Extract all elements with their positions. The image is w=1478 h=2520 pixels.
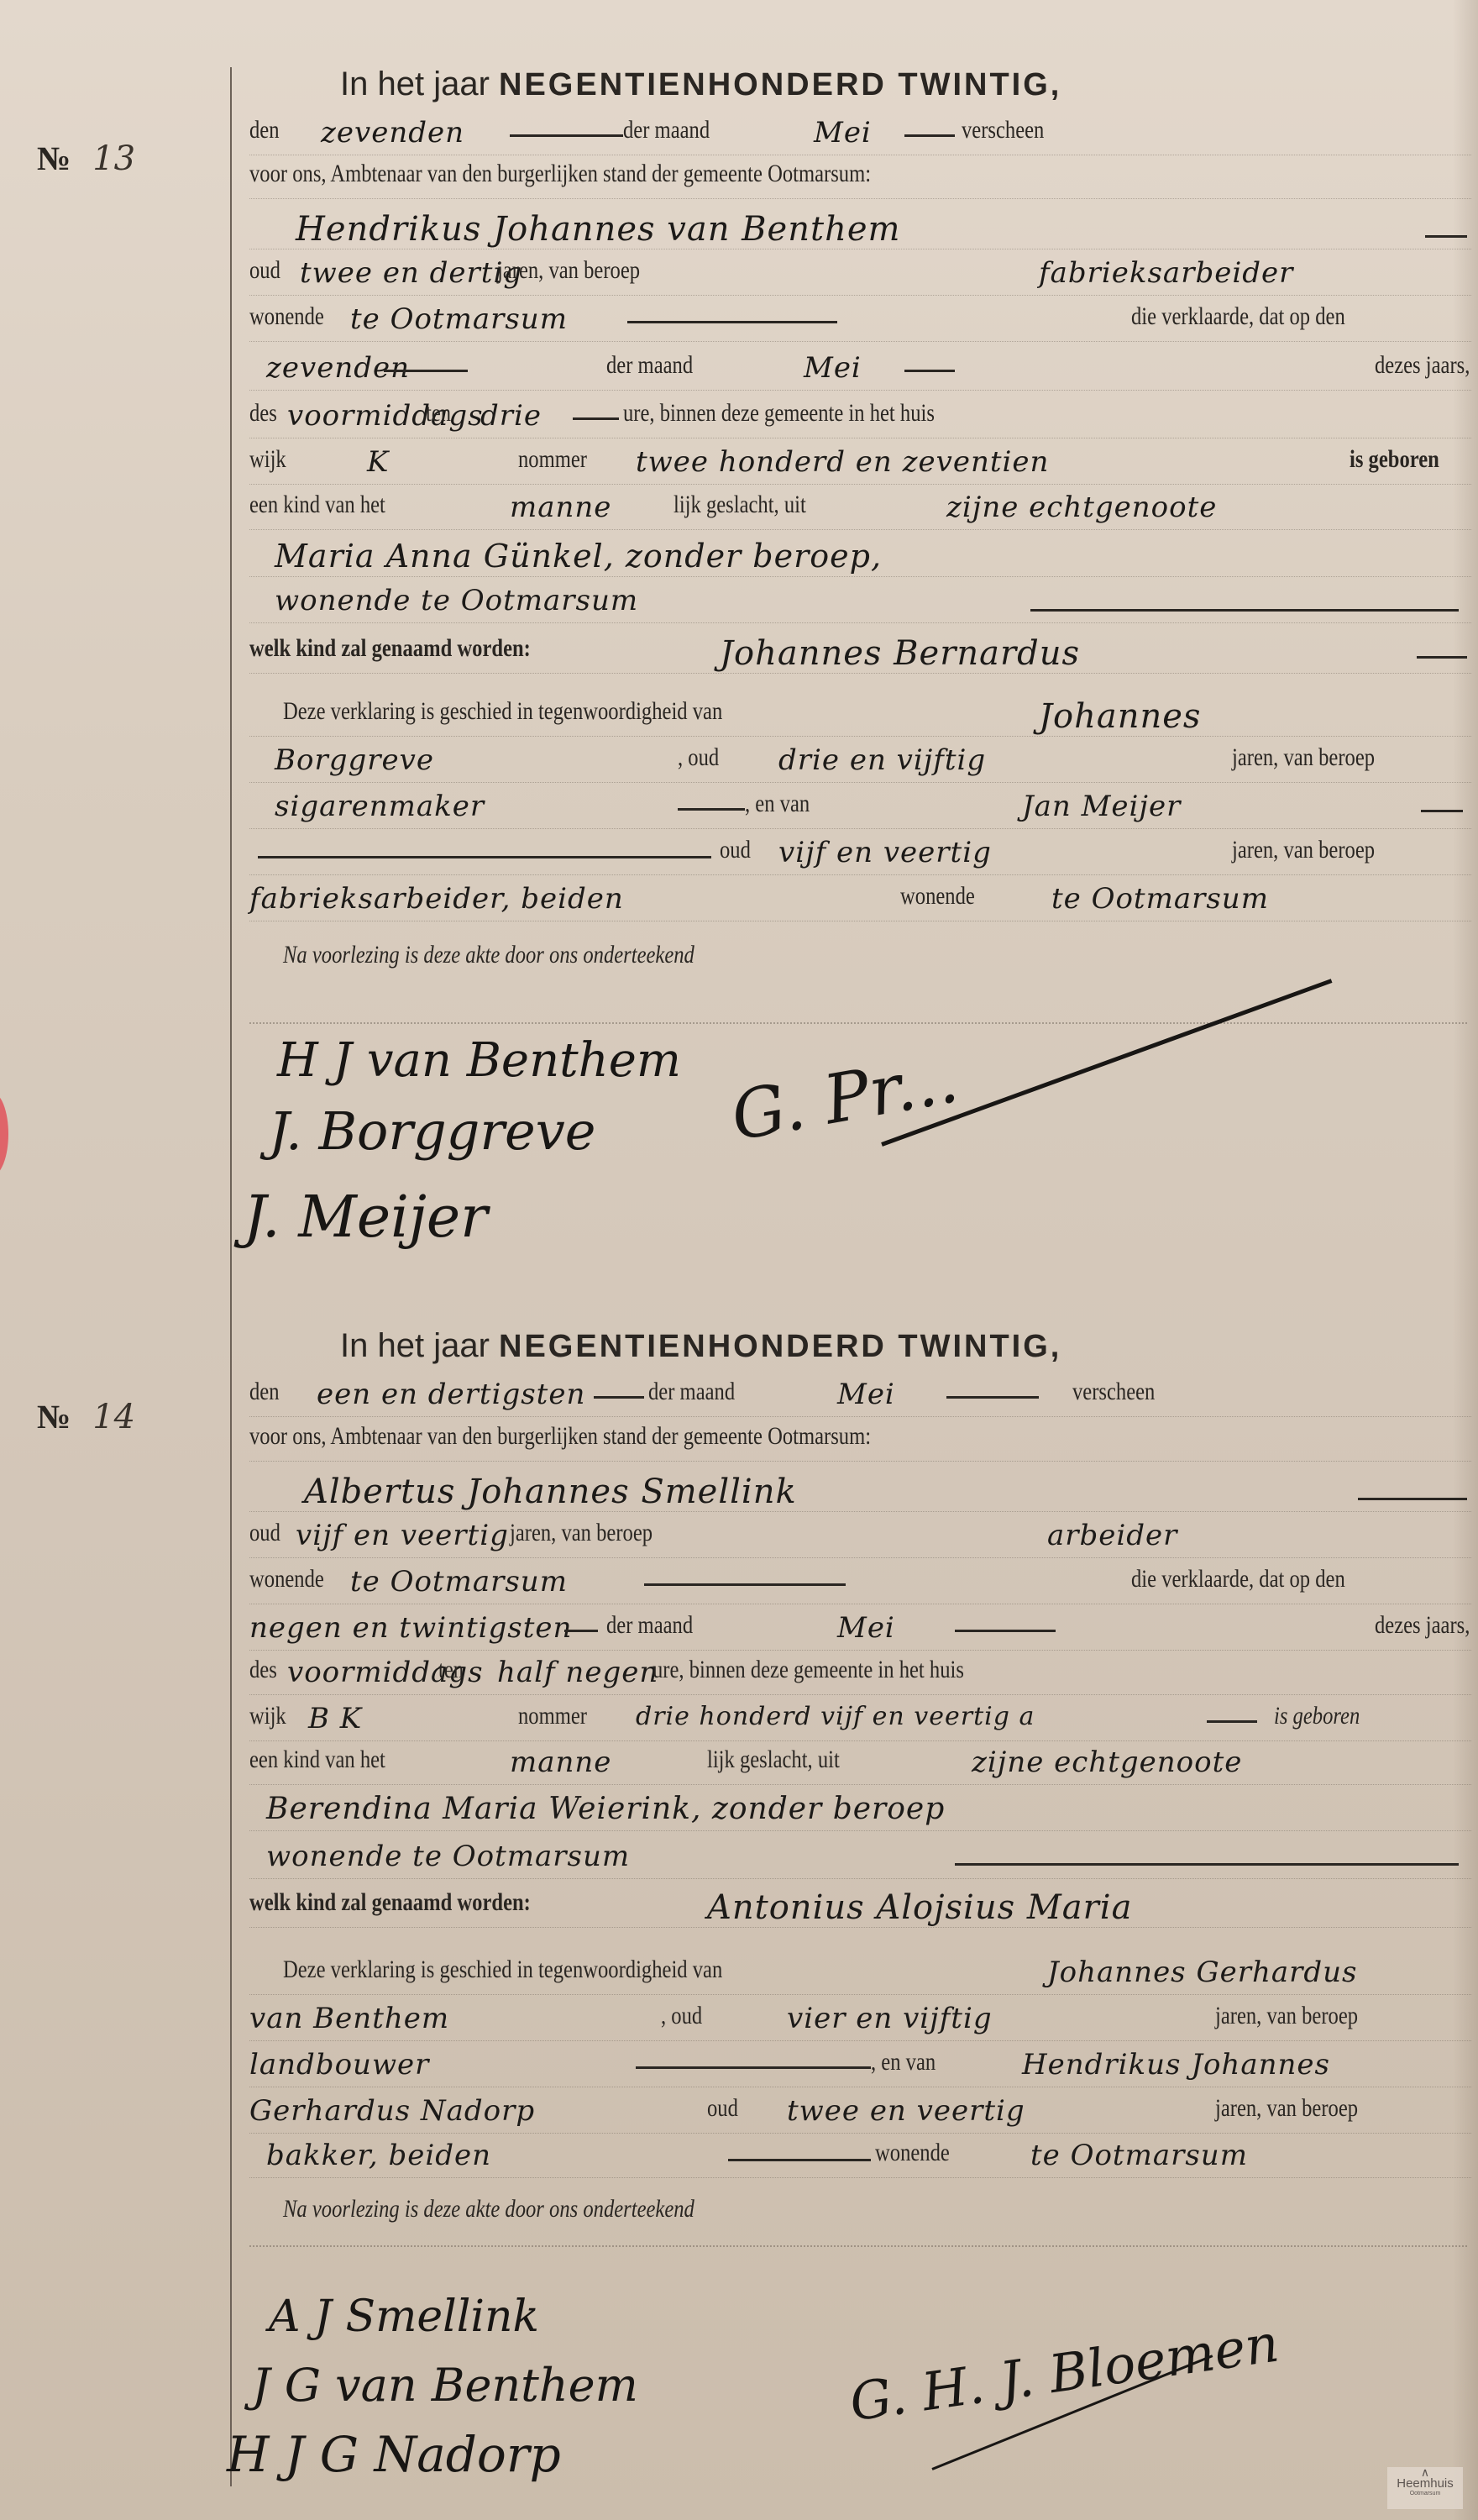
fill-dash [955, 1630, 1056, 1632]
handwritten-residence: te Ootmarsum [350, 1565, 568, 1599]
printed-text: dezes jaars, [1375, 1611, 1470, 1640]
handwritten-day: zevenden [321, 116, 464, 150]
handwritten-month: Mei [837, 1378, 895, 1411]
handwritten-father-name: Hendrikus Johannes van Benthem [296, 210, 900, 249]
handwritten-spouse: zijne echtgenoote [946, 491, 1217, 524]
handwritten-child-name: Antonius Alojsius Maria [707, 1888, 1132, 1927]
printed-text: verscheen [1072, 1378, 1155, 1406]
printed-text: welk kind zal genaamd worden: [249, 634, 531, 663]
fill-dash [627, 321, 837, 323]
printed-text: die verklaarde, dat op den [1131, 1565, 1345, 1593]
printed-text: der maand [648, 1378, 735, 1406]
form-line: wijk K nommer twee honderd en zeventien … [249, 445, 1471, 485]
heading-prefix: In het jaar [340, 66, 490, 102]
handwritten-occupation: fabrieksarbeider [1039, 256, 1293, 290]
printed-text: is geboren [1274, 1702, 1360, 1730]
handwritten-occupation: sigarenmaker [275, 790, 485, 823]
handwritten-child-name: Johannes Bernardus [720, 634, 1080, 673]
form-line: fabrieksarbeider, beiden wonende te Ootm… [249, 882, 1471, 921]
act-number-value: 14 [92, 1398, 135, 1436]
act-heading: In het jaar NEGENTIENHONDERD TWINTIG, [340, 66, 1061, 103]
form-line: landbouwer , en van Hendrikus Johannes [249, 2048, 1471, 2087]
form-line: Berendina Maria Weierink, zonder beroep [249, 1792, 1471, 1831]
red-mark [0, 1092, 8, 1176]
form-line: wijk B K nommer drie honderd vijf en vee… [249, 1702, 1471, 1741]
signature-father: A J Smellink [269, 2292, 539, 2342]
printed-text: welk kind zal genaamd worden: [249, 1888, 531, 1917]
handwritten-witness-name: Borggreve [275, 743, 434, 777]
fill-dash [384, 370, 468, 372]
form-line: oud vijf en veertig jaren, van beroep ar… [249, 1519, 1471, 1558]
fill-dash [1425, 235, 1467, 238]
fill-dash [594, 1396, 644, 1399]
fill-dash [510, 134, 623, 137]
fill-dash [955, 1863, 1459, 1866]
handwritten-witness-name: Jan Meijer [1022, 790, 1181, 823]
printed-text: nommer [518, 445, 587, 474]
handwritten-occupation: arbeider [1047, 1519, 1177, 1552]
printed-text: des [249, 399, 277, 428]
handwritten-witness-name: Hendrikus Johannes [1022, 2048, 1330, 2082]
fill-dash [728, 2159, 871, 2161]
watermark-title: Heemhuis [1387, 2477, 1463, 2491]
printed-text: jaren, van beroep [510, 1519, 653, 1547]
heemhuis-watermark: ∧ Heemhuis Ootmarsum [1387, 2467, 1463, 2509]
printed-text: , en van [745, 790, 810, 818]
printed-text: den [249, 1378, 280, 1406]
heading-year: NEGENTIENHONDERD TWINTIG, [499, 67, 1061, 102]
handwritten-ward: B K [308, 1702, 362, 1735]
printed-text: voor ons, Ambtenaar van den burgerlijken… [249, 160, 871, 188]
handwritten-residence: te Ootmarsum [350, 302, 568, 336]
margin-rule [230, 67, 232, 2486]
form-line: wonende te Ootmarsum die verklaarde, dat… [249, 1565, 1471, 1604]
signature-father: H J van Benthem [277, 1033, 681, 1088]
printed-text: wonende [249, 1565, 324, 1593]
handwritten-occupation: bakker, beiden [266, 2139, 491, 2172]
printed-text: ten [438, 1656, 464, 1684]
number-sign: № [37, 1398, 71, 1436]
printed-text: Deze verklaring is geschied in tegenwoor… [283, 1956, 722, 1984]
printed-text: der maand [606, 1611, 693, 1640]
handwritten-age: vier en vijftig [787, 2002, 993, 2035]
handwritten-witness-name: Johannes Gerhardus [1047, 1956, 1358, 1989]
handwritten-witness-name: Johannes [1039, 697, 1201, 736]
form-line: Gerhardus Nadorp oud twee en veertig jar… [249, 2094, 1471, 2134]
signature-witness-2: H J G Nadorp [227, 2426, 561, 2483]
form-line: sigarenmaker , en van Jan Meijer [249, 790, 1471, 829]
printed-text: oud [249, 1519, 280, 1547]
signature-rule [249, 2245, 1467, 2247]
printed-text: oud [720, 836, 751, 864]
fill-dash [1421, 810, 1463, 812]
printed-text: Na voorlezing is deze akte door ons onde… [283, 941, 694, 969]
fill-dash [904, 370, 955, 372]
handwritten-house-number: twee honderd en zeventien [636, 445, 1049, 479]
handwritten-age: drie en vijftig [778, 743, 986, 777]
signature-witness-1: J G van Benthem [252, 2359, 638, 2412]
form-line: den zevenden der maand Mei verscheen [249, 116, 1471, 155]
handwritten-witness-name: van Benthem [249, 2002, 449, 2035]
handwritten-day: negen en twintigsten [249, 1611, 572, 1645]
fill-dash [573, 417, 619, 420]
printed-text: der maand [606, 351, 693, 380]
fill-dash [904, 134, 955, 137]
handwritten-witness-name: Gerhardus Nadorp [249, 2094, 535, 2128]
handwritten-month: Mei [814, 116, 872, 150]
form-line: wonende te Ootmarsum [249, 1840, 1471, 1879]
handwritten-daypart: voormiddags [287, 399, 484, 433]
printed-text: oud [249, 256, 280, 285]
fill-dash [946, 1396, 1039, 1399]
form-line: Na voorlezing is deze akte door ons onde… [249, 941, 1471, 979]
printed-text: oud [707, 2094, 738, 2123]
signature-witness-1: J. Borggreve [269, 1100, 595, 1162]
form-line: negen en twintigsten der maand Mei dezes… [249, 1611, 1471, 1651]
fill-dash [258, 856, 711, 858]
handwritten-occupation: landbouwer [249, 2048, 429, 2082]
printed-text: verscheen [962, 116, 1044, 144]
handwritten-age: vijf en veertig [296, 1519, 509, 1552]
printed-text: een kind van het [249, 491, 385, 519]
printed-text: is geboren [1350, 445, 1439, 474]
form-line: den een en dertigsten der maand Mei vers… [249, 1378, 1471, 1417]
printed-text: jaren, van beroep [1215, 2002, 1358, 2030]
form-line: van Benthem , oud vier en vijftig jaren,… [249, 2002, 1471, 2041]
printed-text: ure, binnen deze gemeente in het huis [623, 399, 935, 428]
handwritten-month: Mei [804, 351, 862, 385]
form-line: voor ons, Ambtenaar van den burgerlijken… [249, 1422, 1471, 1462]
printed-text: , en van [871, 2048, 936, 2076]
printed-text: jaren, van beroep [497, 256, 640, 285]
printed-text: den [249, 116, 280, 144]
handwritten-mother-name: Maria Anna Günkel, zonder beroep, [275, 538, 882, 575]
signature-rule [249, 1022, 1467, 1024]
printed-text: Deze verklaring is geschied in tegenwoor… [283, 697, 722, 726]
handwritten-spouse: zijne echtgenoote [972, 1746, 1242, 1779]
printed-text: jaren, van beroep [1215, 2094, 1358, 2123]
printed-text: der maand [623, 116, 710, 144]
form-line: des voormiddags ten half negen ure, binn… [249, 1656, 1471, 1695]
form-line: wonende te Ootmarsum die verklaarde, dat… [249, 302, 1471, 342]
heading-year: NEGENTIENHONDERD TWINTIG, [499, 1329, 1061, 1364]
fill-dash [1358, 1498, 1467, 1500]
form-line: zevenden der maand Mei dezes jaars, [249, 351, 1471, 391]
form-line: een kind van het manne lijk geslacht, ui… [249, 1746, 1471, 1785]
printed-text: jaren, van beroep [1232, 836, 1375, 864]
printed-text: voor ons, Ambtenaar van den burgerlijken… [249, 1422, 871, 1451]
handwritten-month: Mei [837, 1611, 895, 1645]
handwritten-age: twee en dertig [300, 256, 522, 290]
number-sign: № [37, 139, 71, 177]
handwritten-house-number: drie honderd vijf en veertig a [636, 1702, 1035, 1731]
fill-dash [636, 2066, 871, 2069]
handwritten-age: vijf en veertig [778, 836, 992, 869]
printed-text: , oud [661, 2002, 702, 2030]
signature-official: G. Pr... [726, 1039, 964, 1156]
printed-text: lijk geslacht, uit [707, 1746, 840, 1774]
act-heading: In het jaar NEGENTIENHONDERD TWINTIG, [340, 1327, 1061, 1365]
handwritten-age: twee en veertig [787, 2094, 1025, 2128]
form-line: Borggreve , oud drie en vijftig jaren, v… [249, 743, 1471, 783]
printed-text: wijk [249, 445, 286, 474]
printed-text: wijk [249, 1702, 286, 1730]
form-line: oud twee en dertig jaren, van beroep fab… [249, 256, 1471, 296]
printed-text: des [249, 1656, 277, 1684]
handwritten-day: zevenden [266, 351, 410, 385]
printed-text: ten [426, 399, 451, 428]
printed-text: wonende [900, 882, 975, 911]
form-line: oud vijf en veertig jaren, van beroep [249, 836, 1471, 875]
act-number-value: 13 [92, 139, 135, 178]
handwritten-residence: wonende te Ootmarsum [275, 584, 638, 617]
fill-dash [644, 1583, 846, 1586]
fill-dash [678, 808, 745, 811]
signature-witness-2: J. Meijer [244, 1184, 488, 1251]
handwritten-mother-name: Berendina Maria Weierink, zonder beroep [266, 1792, 945, 1826]
printed-text: Na voorlezing is deze akte door ons onde… [283, 2195, 694, 2223]
form-line: Deze verklaring is geschied in tegenwoor… [249, 1956, 1471, 1995]
form-line: bakker, beiden wonende te Ootmarsum [249, 2139, 1471, 2178]
handwritten-occupation: fabrieksarbeider, beiden [249, 882, 624, 916]
form-line: Albertus Johannes Smellink [249, 1473, 1471, 1512]
printed-text: die verklaarde, dat op den [1131, 302, 1345, 331]
fill-dash [1030, 609, 1459, 612]
printed-text: ure, binnen deze gemeente in het huis [653, 1656, 964, 1684]
handwritten-residence: te Ootmarsum [1030, 2139, 1248, 2172]
form-line: Hendrikus Johannes van Benthem [249, 210, 1471, 249]
handwritten-residence: wonende te Ootmarsum [266, 1840, 630, 1873]
act-number: №13 [37, 139, 135, 178]
form-line: wonende te Ootmarsum [249, 584, 1471, 623]
form-line: een kind van het manne lijk geslacht, ui… [249, 491, 1471, 530]
printed-text: dezes jaars, [1375, 351, 1470, 380]
printed-text: nommer [518, 1702, 587, 1730]
fill-dash [564, 1630, 598, 1632]
register-page: №13 In het jaar NEGENTIENHONDERD TWINTIG… [0, 0, 1478, 2520]
form-line: welk kind zal genaamd worden: Antonius A… [249, 1888, 1471, 1928]
form-line: voor ons, Ambtenaar van den burgerlijken… [249, 160, 1471, 199]
handwritten-hour: half negen [497, 1656, 658, 1689]
form-line: Deze verklaring is geschied in tegenwoor… [249, 697, 1471, 737]
printed-text: , oud [678, 743, 719, 772]
handwritten-father-name: Albertus Johannes Smellink [304, 1473, 797, 1511]
form-line: Maria Anna Günkel, zonder beroep, [249, 538, 1471, 577]
handwritten-sex: manne [510, 1746, 611, 1779]
printed-text: jaren, van beroep [1232, 743, 1375, 772]
printed-text: wonende [875, 2139, 950, 2167]
handwritten-residence: te Ootmarsum [1051, 882, 1269, 916]
act-number: №14 [37, 1397, 135, 1436]
printed-text: lijk geslacht, uit [673, 491, 806, 519]
handwritten-day: een en dertigsten [317, 1378, 585, 1411]
fill-dash [1207, 1720, 1257, 1723]
watermark-subtitle: Ootmarsum [1387, 2491, 1463, 2497]
handwritten-ward: K [367, 445, 389, 479]
printed-text: wonende [249, 302, 324, 331]
fill-dash [1417, 656, 1467, 659]
form-line: Na voorlezing is deze akte door ons onde… [249, 2195, 1471, 2234]
handwritten-hour: drie [480, 399, 542, 433]
printed-text: een kind van het [249, 1746, 385, 1774]
form-line: welk kind zal genaamd worden: Johannes B… [249, 634, 1471, 674]
handwritten-sex: manne [510, 491, 611, 524]
form-line: des voormiddags ten drie ure, binnen dez… [249, 399, 1471, 438]
heading-prefix: In het jaar [340, 1327, 490, 1364]
